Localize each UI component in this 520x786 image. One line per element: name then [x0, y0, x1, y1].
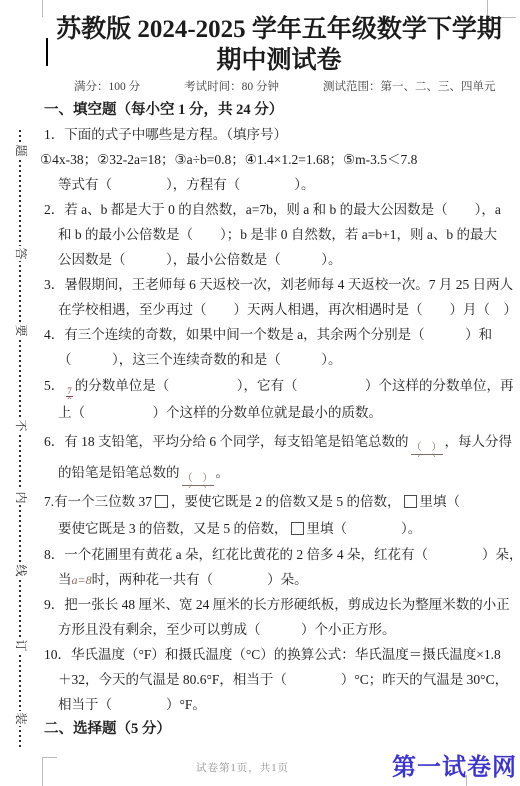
question-10-line1: 10．华氏温度（°F）和摄氏温度（°C）的换算公式：华氏温度＝摄氏温度×1.8: [44, 642, 514, 667]
crop-mark-bottom-left-h: [42, 757, 57, 758]
meta-scope: 测试范围：第一、二、三、四单元: [323, 76, 496, 98]
question-8-text-b: 时，两种花一共有（ ）朵。: [92, 572, 308, 587]
question-8-line2: 当a=8时，两种花一共有（ ）朵。: [44, 567, 514, 592]
question-1-line2: ①4x-38；②32-2a=18；③a÷b=0.8；④1.4×1.2=1.68；…: [40, 147, 514, 172]
question-5-number: 5．: [44, 378, 64, 393]
question-3-line2: 在学校相遇，至少再过（ ）天两人相遇，再次相遇时是（ ）月（ ）日。: [44, 297, 514, 322]
question-2-line1: 2．若 a、b 都是大于 0 的自然数，a=7b，则 a 和 b 的最大公因数是…: [44, 197, 514, 222]
site-watermark: 第一试卷网: [392, 747, 517, 782]
question-6-text-c: 的铅笔是铅笔总数的: [58, 465, 180, 480]
question-4-line2: （ ），这三个连续奇数的和是（ ）。: [44, 347, 514, 372]
question-9-line1: 9．把一张长 48 厘米、宽 24 厘米的长方形硬纸板，剪成边长为整厘米数的小正: [44, 592, 514, 617]
question-6-text-a: 6．有 18 支铅笔，平均分给 6 个同学，每支铅笔是铅笔总数的: [44, 434, 409, 449]
binding-char: 线: [13, 563, 28, 578]
section1-heading: 一、填空题（每小空 1 分，共 24 分）: [44, 98, 514, 122]
question-6-text-d: 。: [216, 465, 230, 480]
question-7-text-c: 里填（ ）；: [420, 494, 515, 509]
question-10-line2: ＋32，今天的气温是 80.6°F，相当于（ ）°C；昨天的气温是 30°C，: [44, 667, 514, 692]
question-6-text-b: ，每人分得: [445, 434, 513, 449]
question-10-line3: 相当于（ ）°F。: [44, 692, 514, 717]
question-3-line1: 3．暑假期间，王老师每 6 天返校一次，刘老师每 4 天返校一次。7 月 25 …: [44, 272, 514, 297]
exam-meta-row: 满分：100 分 考试时间：80 分钟 测试范围：第一、二、三、四单元: [44, 76, 514, 98]
answer-box: [404, 495, 417, 508]
question-7-text-a: 7.有一个三位数 37: [44, 494, 152, 509]
meta-exam-time: 考试时间：80 分钟: [184, 76, 279, 98]
fraction-7-8: 78: [66, 387, 73, 399]
blank-fraction: （ ）（ ）: [182, 474, 214, 488]
crop-mark-top-left: [42, 0, 43, 17]
question-5-text: 的分数单位是（ ），它有（ ）个这样的分数单位，再添: [75, 378, 514, 393]
section2-heading: 二、选择题（5 分）: [44, 717, 514, 741]
binding-char: 订: [13, 638, 28, 653]
binding-char: 要: [13, 323, 28, 338]
question-2-line3: 公因数是（ ），最小公倍数是（ ）。: [44, 247, 514, 272]
question-1-line1: 1．下面的式子中哪些是方程。（填序号）: [44, 122, 514, 147]
question-6-line1: 6．有 18 支铅笔，平均分给 6 个同学，每支铅笔是铅笔总数的（ ）（ ），每…: [44, 426, 514, 457]
question-5-line2: 上（ ）个这样的分数单位就是最小的质数。: [44, 399, 514, 426]
paper-content: 苏教版 2024-2025 学年五年级数学下学期 期中测试卷 满分：100 分 …: [44, 14, 514, 741]
answer-box: [155, 495, 168, 508]
blank-fraction: （ ）（ ）: [411, 443, 443, 457]
binding-char: 不: [13, 418, 28, 433]
question-7-text-d: 要使它既是 3 的倍数，又是 5 的倍数，: [58, 521, 288, 536]
answer-box: [291, 522, 304, 535]
meta-full-score: 满分：100 分: [74, 76, 140, 98]
question-6-line2: 的铅笔是铅笔总数的（ ）（ ）。: [44, 457, 514, 488]
paper-title-line2: 期中测试卷: [44, 46, 514, 76]
page-number-footer: 试卷第1页，共1页: [160, 760, 325, 775]
question-1-line3: 等式有（ ），方程有（ ）。: [44, 172, 514, 197]
question-7-line2: 要使它既是 3 的倍数，又是 5 的倍数，里填（ ）。: [44, 515, 514, 542]
question-8-line1: 8．一个花圃里有黄花 a 朵，红花比黄花的 2 倍多 4 朵，红花有（ ）朵，: [44, 542, 514, 567]
binding-char: 装: [13, 711, 28, 726]
question-2-line2: 和 b 的最小公倍数是（ ）；b 是非 0 自然数，若 a=b+1，则 a、b …: [44, 222, 514, 247]
crop-mark-bottom-left-v: [42, 757, 43, 786]
question-7-line1: 7.有一个三位数 37，要使它既是 2 的倍数又是 5 的倍数，里填（ ）；: [44, 488, 514, 515]
question-5-line1: 5．78的分数单位是（ ），它有（ ）个这样的分数单位，再添: [44, 372, 514, 399]
binding-char: 答: [13, 246, 28, 261]
question-4-line1: 4．有三个连续的奇数，如果中间一个数是 a，其余两个分别是（ ）和: [44, 322, 514, 347]
variable-a-equals-8: a=8: [72, 573, 92, 587]
paper-title-line1: 苏教版 2024-2025 学年五年级数学下学期: [44, 14, 514, 46]
question-9-line2: 方形且没有剩余，至少可以剪成（ ）个小正方形。: [44, 617, 514, 642]
binding-char: 内: [13, 490, 28, 505]
binding-char: 题: [13, 143, 28, 158]
exam-paper-page: { "header": { "title_line1": "苏教版 2024-2…: [0, 0, 520, 786]
binding-dotted-line: [19, 130, 21, 748]
question-8-text-a: 当: [58, 572, 72, 587]
text-cursor: [46, 38, 48, 66]
question-7-text-e: 里填（ ）。: [307, 521, 422, 536]
question-7-text-b: ，要使它既是 2 的倍数又是 5 的倍数，: [171, 494, 401, 509]
